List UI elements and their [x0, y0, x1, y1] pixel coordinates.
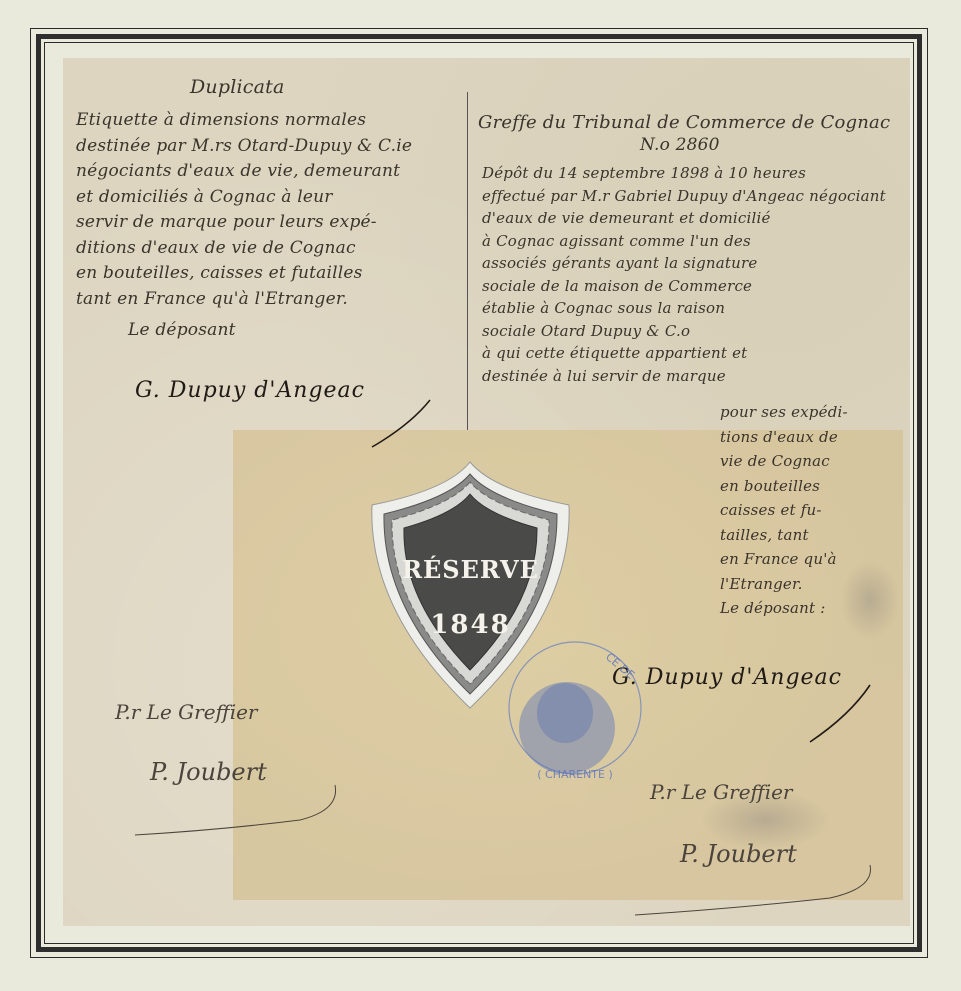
cont-line: vie de Cognac — [720, 449, 848, 474]
left-deposant-label: Le déposant — [128, 318, 236, 344]
registry-header: Greffe du Tribunal de Commerce de Cognac — [478, 110, 890, 136]
cont-line: tions d'eaux de — [720, 425, 848, 450]
left-line: tant en France qu'à l'Etranger. — [76, 287, 412, 313]
cont-line: en France qu'à — [720, 547, 848, 572]
ink-smudge — [840, 560, 900, 640]
left-line: négociants d'eaux de vie, demeurant — [76, 159, 412, 185]
left-line: Etiquette à dimensions normales — [76, 108, 412, 134]
cont-line: pour ses expédi- — [720, 400, 848, 425]
right-line: à Cognac agissant comme l'un des — [482, 230, 886, 253]
greffier-left-label: P.r Le Greffier — [115, 700, 258, 724]
right-line: Dépôt du 14 septembre 1898 à 10 heures — [482, 162, 886, 185]
right-line: sociale Otard Dupuy & C.o — [482, 320, 886, 343]
right-line: effectué par M.r Gabriel Dupuy d'Angeac … — [482, 185, 886, 208]
right-line: établie à Cognac sous la raison — [482, 297, 886, 320]
right-line: sociale de la maison de Commerce — [482, 275, 886, 298]
cont-line: en bouteilles — [720, 474, 848, 499]
svg-text:( CHARENTE ): ( CHARENTE ) — [537, 768, 613, 781]
left-line: ditions d'eaux de vie de Cognac — [76, 236, 412, 262]
registry-number: N.o 2860 — [640, 133, 720, 159]
cont-line: l'Etranger. — [720, 572, 848, 597]
cont-line: Le déposant : — [720, 596, 848, 621]
label-reserve-text: RÉSERVE — [368, 555, 573, 584]
right-line: destinée à lui servir de marque — [482, 365, 886, 388]
signature-underline-icon — [630, 860, 880, 920]
column-divider — [467, 92, 468, 430]
left-declaration-text: Etiquette à dimensions normales destinée… — [76, 108, 412, 312]
right-line: d'eaux de vie demeurant et domicilié — [482, 207, 886, 230]
ink-smudge — [700, 790, 830, 850]
left-line: servir de marque pour leurs expé- — [76, 210, 412, 236]
registry-deposit-text: Dépôt du 14 septembre 1898 à 10 heures e… — [482, 162, 886, 387]
left-depositor-signature: G. Dupuy d'Angeac — [135, 378, 365, 403]
signature-flourish-icon — [790, 680, 880, 750]
cont-line: caisses et fu- — [720, 498, 848, 523]
left-line: et domiciliés à Cognac à leur — [76, 185, 412, 211]
right-line: à qui cette étiquette appartient et — [482, 342, 886, 365]
seal-icon: ( CHARENTE ) CE DE — [505, 618, 645, 790]
svg-text:CE DE: CE DE — [603, 650, 637, 682]
tribunal-stamp: ( CHARENTE ) CE DE — [505, 618, 645, 790]
signature-flourish-icon — [360, 395, 440, 455]
left-line: destinée par M.rs Otard-Dupuy & C.ie — [76, 134, 412, 160]
cont-line: tailles, tant — [720, 523, 848, 548]
signature-underline-icon — [130, 780, 350, 840]
right-line: associés gérants ayant la signature — [482, 252, 886, 275]
registry-continuation-text: pour ses expédi- tions d'eaux de vie de … — [720, 400, 848, 621]
left-line: en bouteilles, caisses et futailles — [76, 261, 412, 287]
duplicata-title: Duplicata — [190, 75, 285, 101]
